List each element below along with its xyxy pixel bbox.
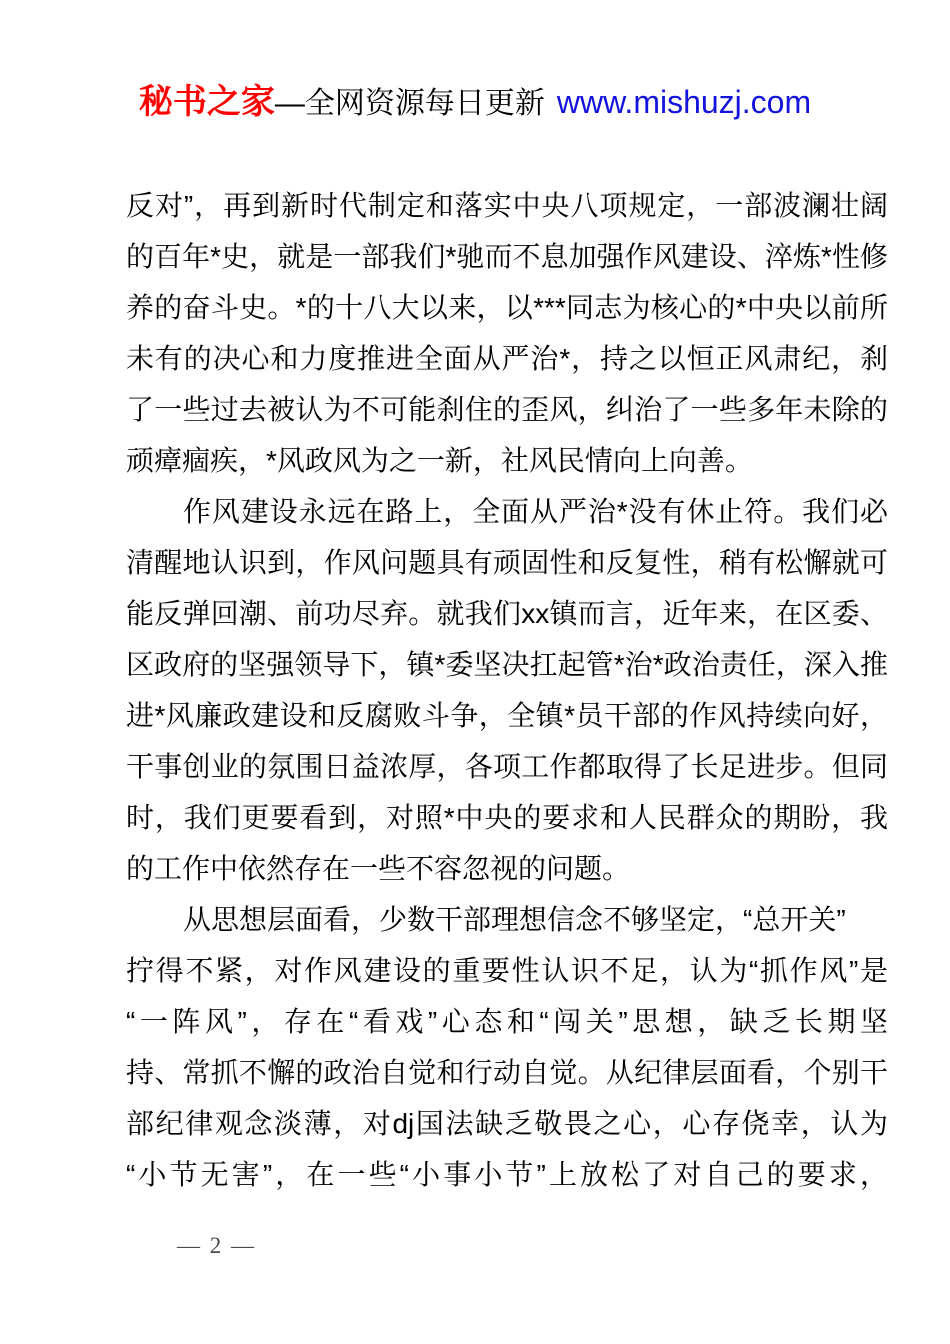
text-line: 进*风廉政建设和反腐败斗争，全镇*员干部的作风持续向好，: [126, 690, 888, 741]
text-line: 作风建设永远在路上，全面从严治*没有休止符。我们必须: [126, 486, 888, 537]
paragraph: 作风建设永远在路上，全面从严治*没有休止符。我们必须清醒地认识到，作风问题具有顽…: [126, 486, 888, 894]
text-line: “小节无害”，在一些“小事小节”上放松了对自己的要求，: [126, 1149, 888, 1200]
text-line: 顽瘴痼疾，*风政风为之一新，社风民情向上向善。: [126, 435, 888, 486]
page-number: — 2 —: [177, 1233, 256, 1259]
text-line: 了一些过去被认为不可能刹住的歪风，纠治了一些多年未除的: [126, 384, 888, 435]
body-text: 反对”，再到新时代制定和落实中央八项规定，一部波澜壮阔的百年*史，就是一部我们*…: [126, 180, 888, 1200]
brand-text: 秘书之家: [139, 83, 275, 121]
site-header: 秘书之家—全网资源每日更新www.mishuzj.com: [0, 82, 950, 129]
text-line: 养的奋斗史。*的十八大以来，以***同志为核心的*中央以前所: [126, 282, 888, 333]
text-line: 部纪律观念淡薄，对dj国法缺乏敬畏之心，心存侥幸，认为: [126, 1098, 888, 1149]
text-line: 反对”，再到新时代制定和落实中央八项规定，一部波澜壮阔: [126, 180, 888, 231]
document-page: 秘书之家—全网资源每日更新www.mishuzj.com 反对”，再到新时代制定…: [0, 0, 950, 1344]
text-line: 拧得不紧，对作风建设的重要性认识不足，认为“抓作风”是: [126, 945, 888, 996]
text-line: 时，我们更要看到，对照*中央的要求和人民群众的期盼，我们: [126, 792, 888, 843]
site-url-link[interactable]: www.mishuzj.com: [557, 84, 811, 120]
text-line: 的工作中依然存在一些不容忽视的问题。: [126, 843, 888, 894]
text-line: 清醒地认识到，作风问题具有顽固性和反复性，稍有松懈就可: [126, 537, 888, 588]
text-line: 持、常抓不懈的政治自觉和行动自觉。从纪律层面看，个别干: [126, 1047, 888, 1098]
text-line: 从思想层面看，少数干部理想信念不够坚定，“总开关”: [126, 894, 888, 945]
text-line: 的百年*史，就是一部我们*驰而不息加强作风建设、淬炼*性修: [126, 231, 888, 282]
text-line: 干事创业的氛围日益浓厚，各项工作都取得了长足进步。但同: [126, 741, 888, 792]
text-line: 区政府的坚强领导下，镇*委坚决扛起管*治*政治责任，深入推: [126, 639, 888, 690]
paragraph: 从思想层面看，少数干部理想信念不够坚定，“总开关”拧得不紧，对作风建设的重要性认…: [126, 894, 888, 1200]
text-line: 能反弹回潮、前功尽弃。就我们xx镇而言，近年来，在区委、: [126, 588, 888, 639]
header-tagline: —全网资源每日更新: [275, 87, 545, 120]
text-line: 未有的决心和力度推进全面从严治*，持之以恒正风肃纪，刹住: [126, 333, 888, 384]
text-line: “一阵风”，存在“看戏”心态和“闯关”思想，缺乏长期坚: [126, 996, 888, 1047]
paragraph: 反对”，再到新时代制定和落实中央八项规定，一部波澜壮阔的百年*史，就是一部我们*…: [126, 180, 888, 486]
